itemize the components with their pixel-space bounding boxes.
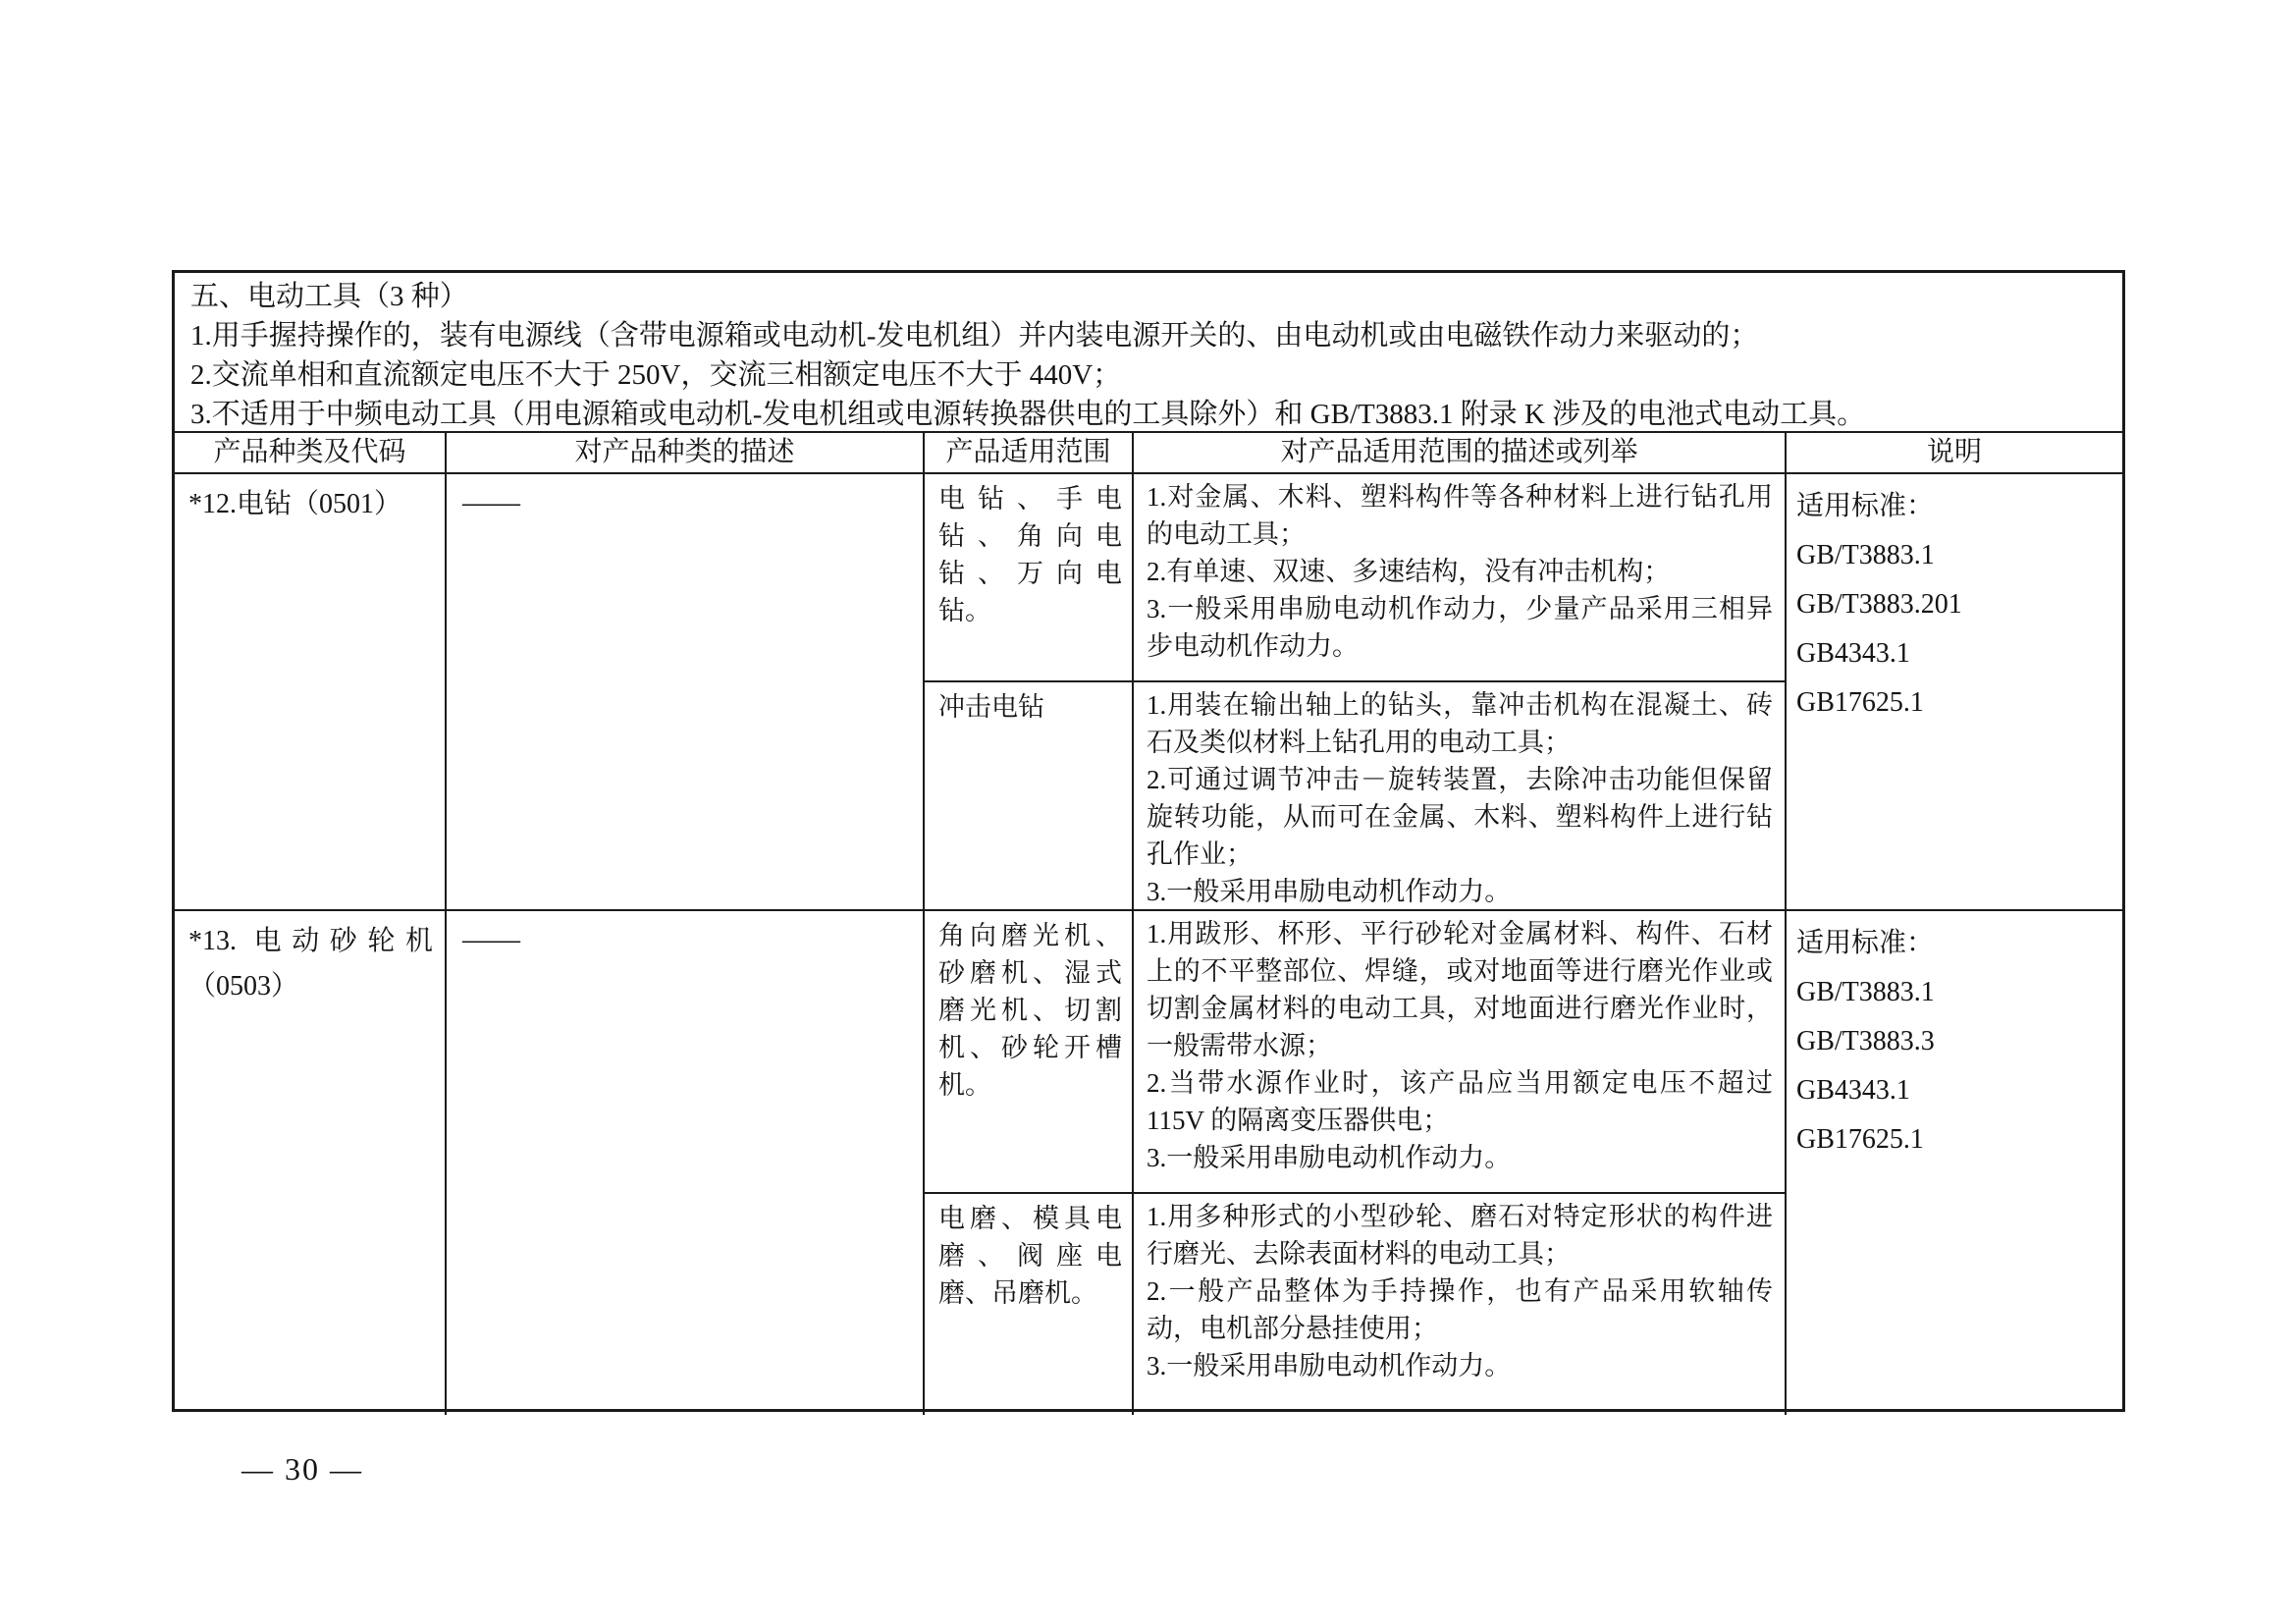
scope-cell-13b: 电磨、模具电磨、阀座电磨、吊磨机。	[925, 1194, 1134, 1415]
column-header-scope: 产品适用范围	[925, 433, 1134, 474]
intro-item-2: 2.交流单相和直流额定电压不大于 250V，交流三相额定电压不大于 440V；	[190, 355, 2105, 395]
section-title: 五、电动工具（3 种）	[190, 277, 2105, 316]
standard-code: GB17625.1	[1796, 1115, 2114, 1164]
detail-item: 3.一般采用串励电动机作动力。	[1147, 1347, 1773, 1384]
category-code-13-line2: （0503）	[188, 964, 433, 1009]
detail-item: 2.一般产品整体为手持操作，也有产品采用软轴传动，电机部分悬挂使用；	[1147, 1272, 1773, 1347]
standard-code: GB/T3883.1	[1796, 531, 2114, 580]
scope-cell-12a: 电钻、手电钻、角向电钻、万向电钻。	[925, 474, 1134, 682]
standard-code: GB4343.1	[1796, 629, 2114, 678]
description-cell-13: ——	[447, 911, 925, 1415]
category-cell-12: *12.电钻（0501）	[175, 474, 447, 911]
detail-item: 1.用跋形、杯形、平行砂轮对金属材料、构件、石材上的不平整部位、焊缝，或对地面等…	[1147, 915, 1773, 1064]
standard-code: GB/T3883.1	[1796, 968, 2114, 1017]
standard-code: GB4343.1	[1796, 1066, 2114, 1115]
product-category-table: 五、电动工具（3 种） 1.用手握持操作的，装有电源线（含带电源箱或电动机-发电…	[172, 270, 2125, 1412]
column-header-description: 对产品种类的描述	[447, 433, 925, 474]
notes-title: 适用标准：	[1796, 482, 2114, 531]
detail-item: 2.当带水源作业时，该产品应当用额定电压不超过 115V 的隔离变压器供电；	[1147, 1064, 1773, 1139]
detail-item: 3.一般采用串励电动机作动力，少量产品采用三相异步电动机作动力。	[1147, 590, 1773, 665]
detail-item: 3.一般采用串励电动机作动力。	[1147, 1139, 1773, 1176]
detail-item: 2.有单速、双速、多速结构，没有冲击机构；	[1147, 553, 1773, 590]
detail-item: 1.对金属、木料、塑料构件等各种材料上进行钻孔用的电动工具；	[1147, 478, 1773, 553]
detail-item: 3.一般采用串励电动机作动力。	[1147, 873, 1773, 910]
detail-cell-12b: 1.用装在输出轴上的钻头，靠冲击机构在混凝土、砖石及类似材料上钻孔用的电动工具；…	[1134, 682, 1787, 911]
standard-code: GB/T3883.201	[1796, 580, 2114, 629]
description-cell-12: ——	[447, 474, 925, 911]
category-code-13-line1: *13. 电动砂轮机	[188, 919, 433, 964]
notes-cell-12: 适用标准： GB/T3883.1 GB/T3883.201 GB4343.1 G…	[1787, 474, 2122, 911]
category-code-12: *12.电钻（0501）	[188, 482, 433, 527]
notes-cell-13: 适用标准： GB/T3883.1 GB/T3883.3 GB4343.1 GB1…	[1787, 911, 2122, 1415]
intro-item-3: 3.不适用于中频电动工具（用电源箱或电动机-发电机组或电源转换器供电的工具除外）…	[190, 395, 2105, 433]
scope-cell-13a: 角向磨光机、砂磨机、湿式磨光机、切割机、砂轮开槽机。	[925, 911, 1134, 1194]
column-header-category: 产品种类及代码	[175, 433, 447, 474]
detail-item: 2.可通过调节冲击－旋转装置，去除冲击功能但保留旋转功能，从而可在金属、木料、塑…	[1147, 761, 1773, 873]
detail-item: 1.用多种形式的小型砂轮、磨石对特定形状的构件进行磨光、去除表面材料的电动工具；	[1147, 1198, 1773, 1272]
notes-title: 适用标准：	[1796, 919, 2114, 968]
detail-cell-12a: 1.对金属、木料、塑料构件等各种材料上进行钻孔用的电动工具； 2.有单速、双速、…	[1134, 474, 1787, 682]
intro-item-1: 1.用手握持操作的，装有电源线（含带电源箱或电动机-发电机组）并内装电源开关的、…	[190, 316, 2105, 355]
section-intro-cell: 五、电动工具（3 种） 1.用手握持操作的，装有电源线（含带电源箱或电动机-发电…	[175, 273, 2122, 433]
document-page: 五、电动工具（3 种） 1.用手握持操作的，装有电源线（含带电源箱或电动机-发电…	[0, 0, 2296, 1624]
column-header-scope-description: 对产品适用范围的描述或列举	[1134, 433, 1787, 474]
page-number: — 30 —	[241, 1451, 408, 1488]
scope-cell-12b: 冲击电钻	[925, 682, 1134, 911]
category-cell-13: *13. 电动砂轮机 （0503）	[175, 911, 447, 1415]
standard-code: GB17625.1	[1796, 678, 2114, 728]
detail-cell-13a: 1.用跋形、杯形、平行砂轮对金属材料、构件、石材上的不平整部位、焊缝，或对地面等…	[1134, 911, 1787, 1194]
column-header-notes: 说明	[1787, 433, 2122, 474]
detail-cell-13b: 1.用多种形式的小型砂轮、磨石对特定形状的构件进行磨光、去除表面材料的电动工具；…	[1134, 1194, 1787, 1415]
detail-item: 1.用装在输出轴上的钻头，靠冲击机构在混凝土、砖石及类似材料上钻孔用的电动工具；	[1147, 686, 1773, 761]
standard-code: GB/T3883.3	[1796, 1017, 2114, 1066]
